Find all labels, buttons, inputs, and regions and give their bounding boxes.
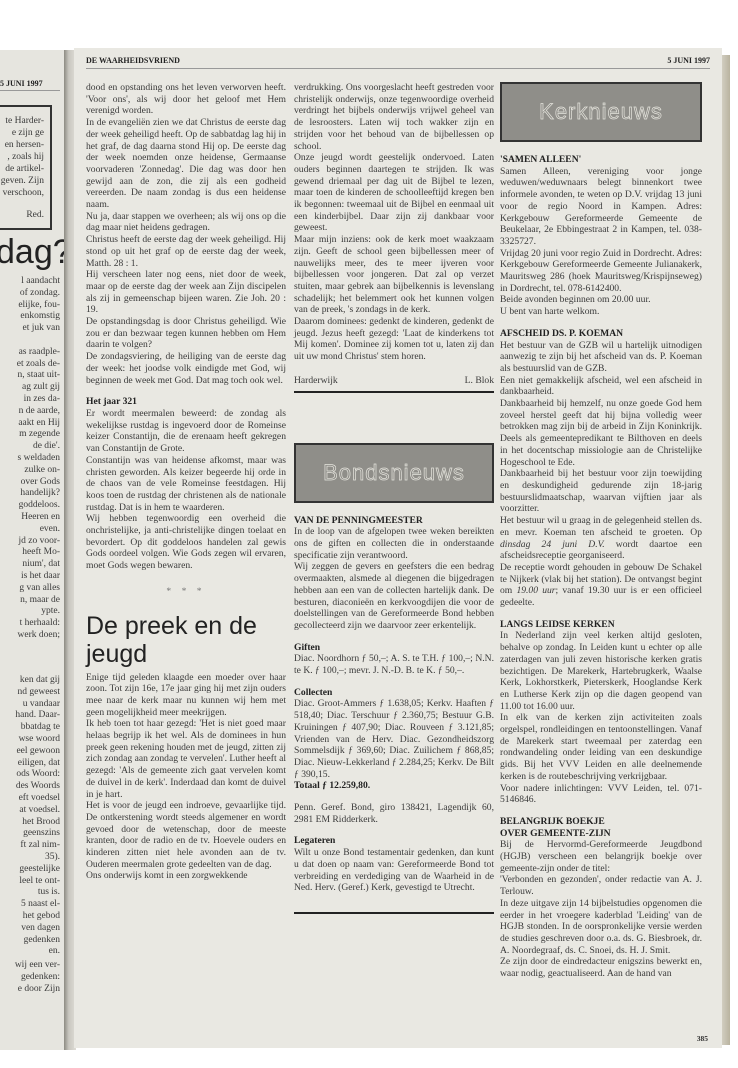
preek-article-continued: verdrukking. Ons voorgeslacht heeft gest… <box>294 82 494 363</box>
column-end-rule <box>294 912 494 914</box>
section-separator: * * * <box>86 586 286 598</box>
left-article-title-fragment: dag? <box>0 233 66 272</box>
paragraph: Er wordt meermalen beweerd: de zondag al… <box>86 408 286 455</box>
subheading-het-jaar-321: Het jaar 321 <box>86 396 286 408</box>
text-line: wij een ver- <box>0 960 60 972</box>
text-line: ven dagen <box>0 923 60 935</box>
paragraph: Ons onderwijs komt in een zorgwekkende <box>86 870 286 882</box>
paragraph: In deze uitgave zijn 14 bijbelstudies op… <box>500 898 702 957</box>
text-line: heeft Mo- <box>0 547 60 559</box>
editor-note-lines: te Harder-e zijn geen hersen-, zoals hij… <box>0 115 44 199</box>
left-page-date: 5 JUNI 1997 <box>0 79 60 91</box>
text-line: enkomstig <box>0 311 60 323</box>
text-line <box>0 335 60 347</box>
text-line: tus is. <box>0 887 60 899</box>
text-line: en. <box>0 946 60 958</box>
giften-heading: Giften <box>294 642 494 654</box>
column-1: dood en opstanding ons het leven verworv… <box>86 82 286 882</box>
paragraph: Hij verscheen later nog eens, niet door … <box>86 269 286 316</box>
text-line: ypte. <box>0 606 60 618</box>
text-line: het Brood <box>0 817 60 829</box>
text-line: en hersen- <box>0 139 44 151</box>
column-3: Kerknieuws 'SAMEN ALLEEN' Samen Alleen, … <box>500 82 702 980</box>
text-line: jd zo voor- <box>0 536 60 548</box>
sunday-article-paragraphs: dood en opstanding ons het leven verworv… <box>86 82 286 386</box>
editor-note-sign: Red. <box>0 209 44 221</box>
paragraph: Wij zeggen de gevers en geefsters die ee… <box>294 561 494 631</box>
paragraph: In de loop van de afgelopen twee weken b… <box>294 526 494 561</box>
paragraph: dood en opstanding ons het leven verworv… <box>86 82 286 117</box>
left-text-fragment-2: ken dat gijnd geweestu vandaarhand. Daar… <box>0 675 60 958</box>
paragraph: Bij de Hervormd-Gereformeerde Jeugdbond … <box>500 839 702 874</box>
text-line: eel gewoon <box>0 746 60 758</box>
text-line: n, maar de <box>0 595 60 607</box>
text-line: werk doen; <box>0 630 60 642</box>
paragraph: Beide avonden beginnen om 20.00 uur. <box>500 294 702 306</box>
text-line: des Woords <box>0 781 60 793</box>
text-line: over Gods <box>0 477 60 489</box>
paragraph: 'Verbonden en gezonden', onder redactie … <box>500 874 702 897</box>
paragraph: Onze jeugd wordt geestelijk ondervoed. L… <box>294 152 494 234</box>
samen-alleen-heading: 'SAMEN ALLEEN' <box>500 154 702 166</box>
text-line: ken dat gij <box>0 675 60 687</box>
legateren-heading: Legateren <box>294 835 494 847</box>
boekje-heading: BELANGRIJK BOEKJEOVER GEMEENTE-ZIJN <box>500 816 702 839</box>
paragraph: Ik heb toen tot haar gezegd: 'Het is nie… <box>86 718 286 800</box>
paragraph: Wij hebben tegenwoordig een overheid die… <box>86 513 286 572</box>
giften-list: Diac. Noordhorn ƒ 50,–; A. S. te T.H. ƒ … <box>294 653 494 676</box>
afscheid-receptie-paragraph: Het bestuur wil u graag in de gelegenhei… <box>500 515 702 562</box>
paragraph: Ze zijn door de eindredacteur enigszins … <box>500 956 702 979</box>
paragraph: Constantijn was van heidense afkomst, ma… <box>86 455 286 514</box>
paragraph: Samen Alleen, vereniging voor jonge wedu… <box>500 166 702 248</box>
article-signature: Harderwijk L. Blok <box>294 375 494 393</box>
paragraph: verdrukking. Ons voorgeslacht heeft gest… <box>294 82 494 152</box>
paragraph: Dankbaarheid bij het bestuur voor zijn t… <box>500 468 702 515</box>
editor-note-box: te Harder-e zijn geen hersen-, zoals hij… <box>0 105 52 230</box>
text-line: het gebod <box>0 911 60 923</box>
text-line: geven. Zijn <box>0 175 44 187</box>
text-line: in zes da- <box>0 394 60 406</box>
collecten-total: Totaal ƒ 12.259,80. <box>294 780 494 792</box>
paragraph: Het bestuur van de GZB wil u hartelijk u… <box>500 340 702 375</box>
main-page: DE WAARHEIDSVRIEND 5 JUNI 1997 dood en o… <box>74 48 722 1048</box>
text-line: handelijk? <box>0 488 60 500</box>
issue-date: 5 JUNI 1997 <box>667 56 710 65</box>
text-line: ag zult gij <box>0 382 60 394</box>
publication-name: DE WAARHEIDSVRIEND <box>86 56 180 65</box>
text-line: eiligen, dat <box>0 758 60 770</box>
text-line: s weldaden <box>0 453 60 465</box>
text-line: as raadple- <box>0 347 60 359</box>
left-page-fragment: 5 JUNI 1997 te Harder-e zijn geen hersen… <box>0 50 66 1050</box>
text-line: at voedsel. <box>0 805 60 817</box>
text-line: geestelijke <box>0 864 60 876</box>
paragraph: Enige tijd geleden klaagde een moeder ov… <box>86 672 286 719</box>
boekje-paragraphs: Bij de Hervormd-Gereformeerde Jeugdbond … <box>500 839 702 979</box>
leidse-kerken-heading: LANGS LEIDSE KERKEN <box>500 619 702 631</box>
paragraph: Het is voor de jeugd een indroeve, gevaa… <box>86 800 286 870</box>
left-text-fragment-1: l aandachtof zondag.elijke, fou-enkomsti… <box>0 276 60 642</box>
paragraph: Maar mijn inziens: ook de kerk moet waak… <box>294 234 494 316</box>
paragraph: Christus heeft de eerste dag der week ge… <box>86 234 286 269</box>
text-line: verschoon, <box>0 187 44 199</box>
text-line: de artikel- <box>0 163 44 175</box>
paragraph: De opstandingsdag is door Christus gehei… <box>86 316 286 351</box>
bond-address: Penn. Geref. Bond, giro 138421, Lagendij… <box>294 802 494 825</box>
paragraph: In Nederland zijn veel kerken altijd ges… <box>500 630 702 712</box>
text-line: of zondag. <box>0 288 60 300</box>
text-line: ft zal nim- <box>0 840 60 852</box>
text-line: m zegende <box>0 429 60 441</box>
penningmeester-heading: VAN DE PENNINGMEESTER <box>294 515 494 527</box>
text-line: e door Zijn <box>0 984 60 996</box>
text-line: , zoals hij <box>0 151 44 163</box>
text-line: Heeren en <box>0 512 60 524</box>
text-line: gedenken <box>0 935 60 947</box>
text-line: geenszins <box>0 828 60 840</box>
text-line: nium', dat <box>0 559 60 571</box>
text-line: leel te ont- <box>0 876 60 888</box>
text-line: ods Woord: <box>0 769 60 781</box>
afscheid-heading: AFSCHEID DS. P. KOEMAN <box>500 328 702 340</box>
text-line: hand. Daar- <box>0 710 60 722</box>
running-header: DE WAARHEIDSVRIEND 5 JUNI 1997 <box>86 56 710 69</box>
text-line: g van alles <box>0 583 60 595</box>
text-line: bbatdag te <box>0 722 60 734</box>
text-line: n, staat uit- <box>0 370 60 382</box>
afscheid-paragraphs: Het bestuur van de GZB wil u hartelijk u… <box>500 340 702 516</box>
paragraph: De zondagsviering, de heiliging van de e… <box>86 351 286 386</box>
text-line: 5 naast el- <box>0 899 60 911</box>
column-2: verdrukking. Ons voorgeslacht heeft gest… <box>294 82 494 914</box>
article-title: De preek en de jeugd <box>86 612 286 668</box>
text-line: is het daar <box>0 571 60 583</box>
text-line: n de aarde, <box>0 406 60 418</box>
paragraph: In elk van de kerken zijn activiteiten z… <box>500 712 702 782</box>
paragraph: Nu ja, daar stappen we overheen; als wij… <box>86 211 286 234</box>
text-line: l aandacht <box>0 276 60 288</box>
text-line: goddeloos. <box>0 500 60 512</box>
text-line: de die'. <box>0 441 60 453</box>
paragraph: In de evangeliën zien we dat Christus de… <box>86 117 286 211</box>
legateren-text: Wilt u onze Bond testamentair gedenken, … <box>294 847 494 894</box>
collecten-list: Diac. Groot-Ammers ƒ 1.638,05; Kerkv. Ha… <box>294 698 494 780</box>
text-line: aakt en Hij <box>0 418 60 430</box>
bondsnieuws-banner: Bondsnieuws <box>294 443 494 503</box>
text-line: e zijn ge <box>0 127 44 139</box>
signature-name: L. Blok <box>465 375 494 387</box>
paragraph: Een niet gemakkelijk afscheid, wel een a… <box>500 375 702 398</box>
left-text-fragment-3: wij een ver-gedenken:e door Zijn <box>0 960 60 995</box>
samen-alleen-paragraphs: Samen Alleen, vereniging voor jonge wedu… <box>500 166 702 318</box>
paragraph: Dankbaarheid bij hemzelf, nu onze goede … <box>500 398 702 468</box>
afscheid-location-paragraph: De receptie wordt gehouden in gebouw De … <box>500 562 702 609</box>
text-line: t herhaald: <box>0 618 60 630</box>
text-line: gedenken: <box>0 972 60 984</box>
paragraph: U bent van harte welkom. <box>500 306 702 318</box>
text-line: nd geweest <box>0 687 60 699</box>
kerknieuws-banner: Kerknieuws <box>500 82 702 142</box>
leidse-kerken-paragraphs: In Nederland zijn veel kerken altijd ges… <box>500 630 702 806</box>
signature-place: Harderwijk <box>294 375 338 387</box>
text-line: et zoals de- <box>0 359 60 371</box>
text-line: te Harder- <box>0 115 44 127</box>
penningmeester-paragraphs: In de loop van de afgelopen twee weken b… <box>294 526 494 631</box>
text-line: wse woord <box>0 734 60 746</box>
paragraph: Voor nadere inlichtingen: VVV Leiden, te… <box>500 783 702 806</box>
text-line: et juk van <box>0 323 60 335</box>
text-line: 35). <box>0 852 60 864</box>
paragraph: Daarom dominees: gedenkt de kinderen, ge… <box>294 316 494 363</box>
text-line: eft voedsel <box>0 793 60 805</box>
text-line: zulke on- <box>0 465 60 477</box>
text-line: elijke, fou- <box>0 300 60 312</box>
page-number: 385 <box>697 1034 708 1043</box>
paragraph: Vrijdag 20 juni voor regio Zuid in Dordr… <box>500 248 702 295</box>
constantijn-paragraphs: Er wordt meermalen beweerd: de zondag al… <box>86 408 286 572</box>
collecten-heading: Collecten <box>294 687 494 699</box>
text-line: even. <box>0 524 60 536</box>
preek-article-paragraphs: Enige tijd geleden klaagde een moeder ov… <box>86 672 286 883</box>
text-line: u vandaar <box>0 699 60 711</box>
